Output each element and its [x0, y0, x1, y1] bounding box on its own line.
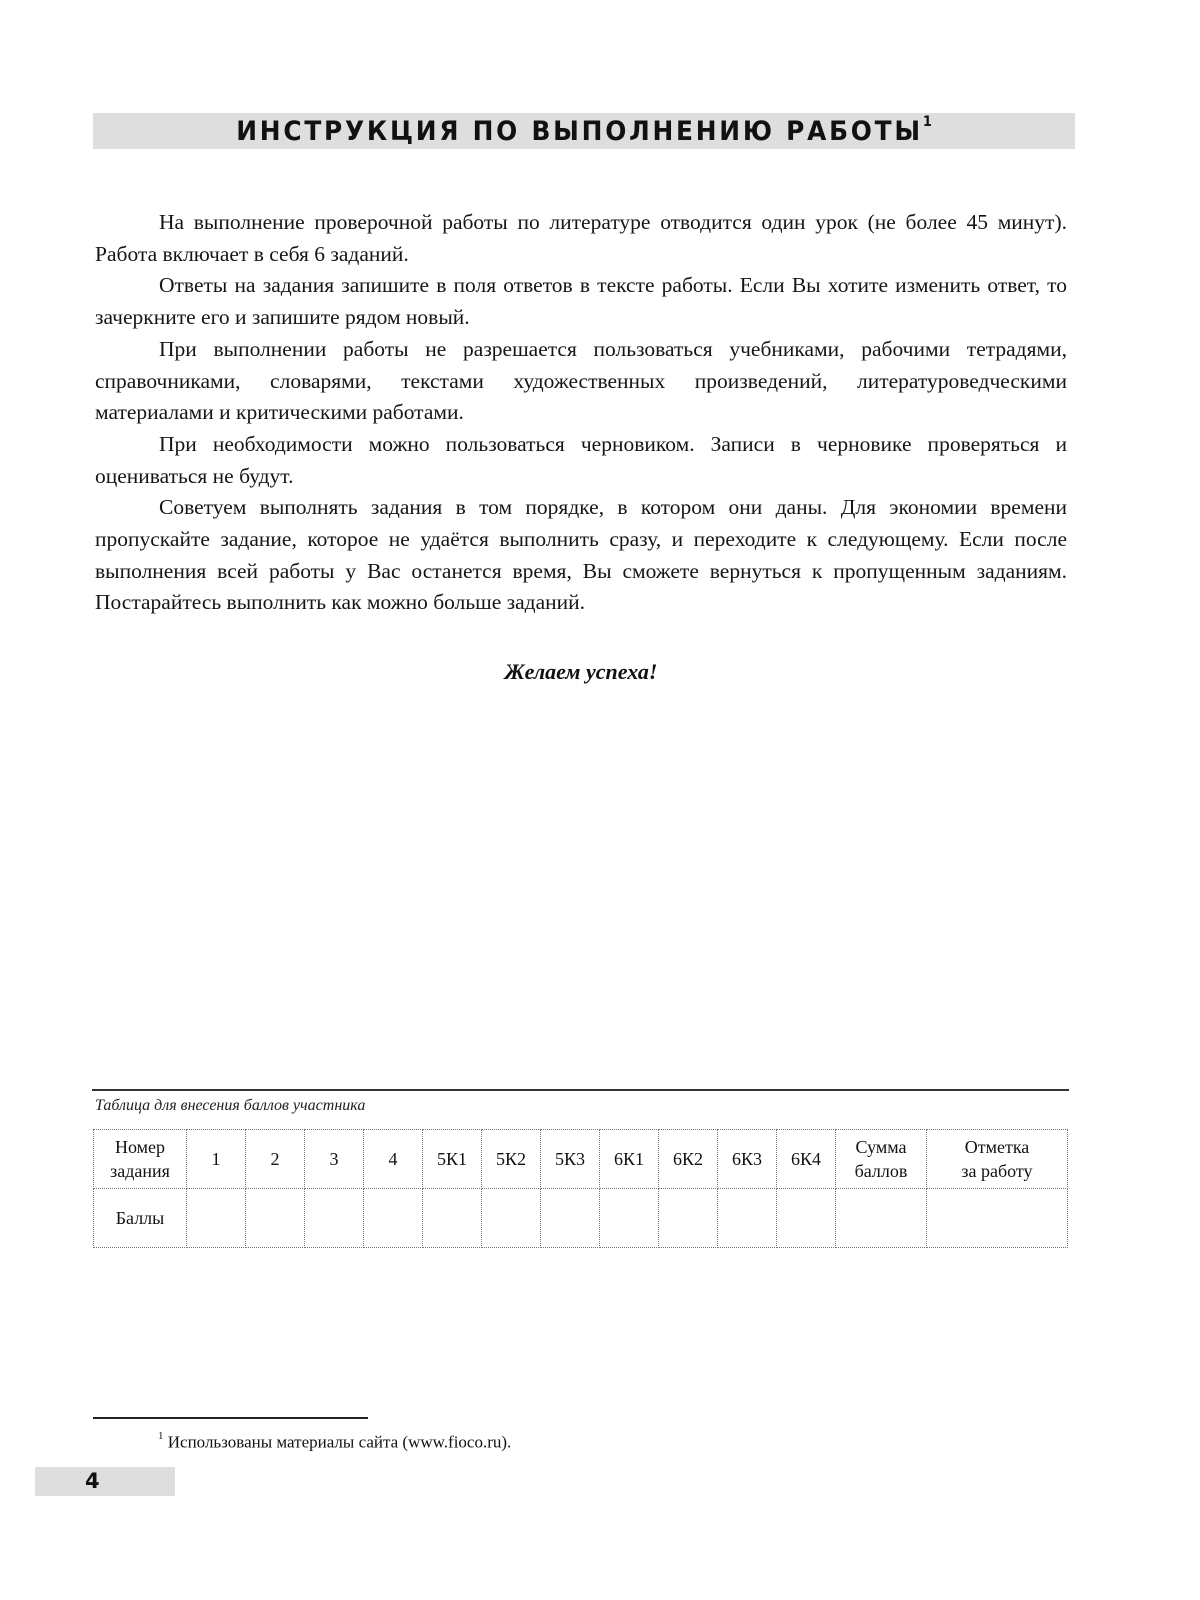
score-cell[interactable]: [541, 1189, 600, 1248]
column-header: 3: [305, 1130, 364, 1189]
page-title-text: ИНСТРУКЦИЯ ПО ВЫПОЛНЕНИЮ РАБОТЫ: [236, 116, 923, 147]
footnote-text: Использованы материалы сайта (www.fioco.…: [168, 1433, 512, 1452]
sum-cell[interactable]: [836, 1189, 927, 1248]
column-header: 5К1: [423, 1130, 482, 1189]
table-caption: Таблица для внесения баллов участника: [95, 1097, 365, 1115]
table-header-row: Номерзадания 1 2 3 4 5К1 5К2 5К3 6К1 6К2…: [94, 1130, 1068, 1189]
table-divider: [92, 1089, 1069, 1091]
page-number: 4: [85, 1469, 100, 1493]
score-cell[interactable]: [718, 1189, 777, 1248]
grade-cell[interactable]: [927, 1189, 1068, 1248]
column-header: 6К2: [659, 1130, 718, 1189]
closing-wish: Желаем успеха!: [95, 659, 1067, 685]
column-header-grade: Отметказа работу: [927, 1130, 1068, 1189]
column-header-sum: Суммабаллов: [836, 1130, 927, 1189]
score-cell[interactable]: [423, 1189, 482, 1248]
score-table: Номерзадания 1 2 3 4 5К1 5К2 5К3 6К1 6К2…: [93, 1129, 1068, 1248]
column-header: 6К4: [777, 1130, 836, 1189]
column-header: 5К2: [482, 1130, 541, 1189]
footnote-divider: [93, 1417, 368, 1419]
title-banner: ИНСТРУКЦИЯ ПО ВЫПОЛНЕНИЮ РАБОТЫ1: [93, 113, 1075, 149]
table-points-row: Баллы: [94, 1189, 1068, 1248]
paragraph-answers: Ответы на задания запишите в поля ответо…: [95, 270, 1067, 333]
score-cell[interactable]: [305, 1189, 364, 1248]
row-header-points: Баллы: [94, 1189, 187, 1248]
column-header: 4: [364, 1130, 423, 1189]
column-header: 6К1: [600, 1130, 659, 1189]
footnote-mark: 1: [158, 1430, 164, 1442]
column-header: 6К3: [718, 1130, 777, 1189]
score-cell[interactable]: [600, 1189, 659, 1248]
paragraph-restrictions: При выполнении работы не разрешается пол…: [95, 334, 1067, 429]
score-cell[interactable]: [187, 1189, 246, 1248]
paragraph-draft: При необходимости можно пользоваться чер…: [95, 429, 1067, 492]
score-cell[interactable]: [659, 1189, 718, 1248]
footnote: 1 Использованы материалы сайта (www.fioc…: [158, 1432, 511, 1453]
column-header: 2: [246, 1130, 305, 1189]
column-header: 5К3: [541, 1130, 600, 1189]
footnote-reference: 1: [923, 114, 932, 130]
paragraph-duration: На выполнение проверочной работы по лите…: [95, 207, 1067, 270]
score-cell[interactable]: [777, 1189, 836, 1248]
page-title: ИНСТРУКЦИЯ ПО ВЫПОЛНЕНИЮ РАБОТЫ1: [236, 116, 932, 147]
paragraph-advice: Советуем выполнять задания в том порядке…: [95, 492, 1067, 619]
score-cell[interactable]: [364, 1189, 423, 1248]
instructions-body: На выполнение проверочной работы по лите…: [95, 207, 1067, 619]
score-cell[interactable]: [482, 1189, 541, 1248]
row-header-task-number: Номерзадания: [94, 1130, 187, 1189]
score-cell[interactable]: [246, 1189, 305, 1248]
column-header: 1: [187, 1130, 246, 1189]
page-number-box: [35, 1467, 175, 1496]
